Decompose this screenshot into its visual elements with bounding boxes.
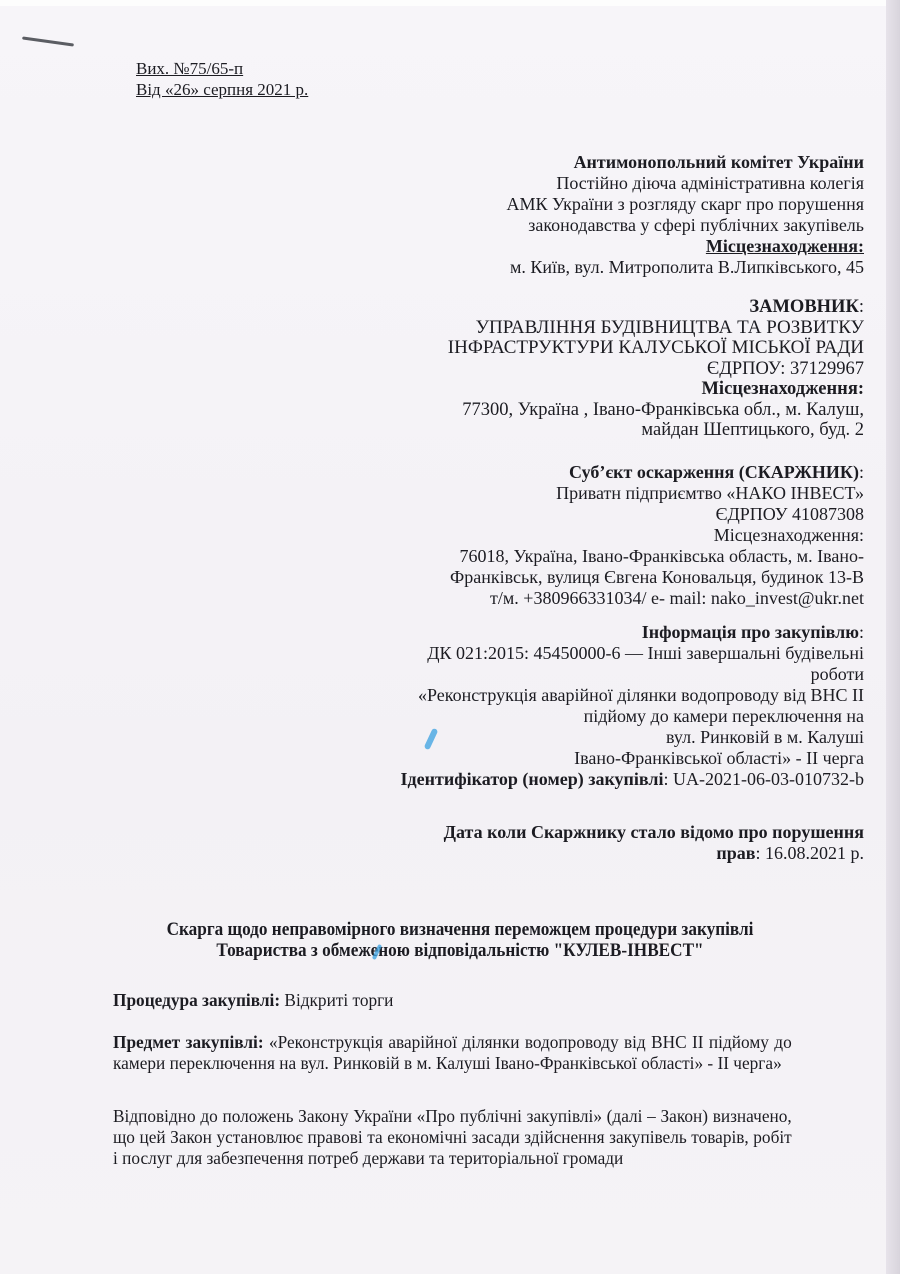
complaint-title-line: Товариства з обмеженою відповідальністю …: [153, 941, 767, 962]
subject-paragraph: Предмет закупівлі: «Реконструкція аварій…: [113, 1032, 792, 1074]
subject-label: Предмет закупівлі:: [113, 1032, 264, 1052]
recipient-body-line: АМК України з розгляду скарг про порушен…: [344, 194, 864, 215]
law-paragraph: Відповідно до положень Закону України «П…: [113, 1106, 792, 1169]
customer-label-suffix: :: [859, 297, 864, 317]
violation-date-label: Дата коли Скаржнику стало відомо про пор…: [304, 822, 864, 843]
complainant-label: Суб’єкт оскарження (СКАРЖНИК): [569, 462, 859, 482]
violation-date-block: Дата коли Скаржнику стало відомо про пор…: [304, 822, 864, 864]
complainant-label-suffix: :: [859, 462, 864, 482]
customer-block: ЗАМОВНИК: УПРАВЛІННЯ БУДІВНИЦТВА ТА РОЗВ…: [344, 297, 864, 441]
customer-location-label: Місцезнаходження:: [344, 379, 864, 400]
recipient-body-line: Постійно діюча адміністративна колегія: [344, 173, 864, 194]
customer-label: ЗАМОВНИК: [749, 297, 859, 317]
reference-block: Вих. №75/65-п Від «26» серпня 2021 р.: [136, 58, 308, 100]
complainant-name: Приватн підприємтво «НАКО ІНВЕСТ»: [304, 483, 864, 504]
complainant-address-line: 76018, Україна, Івано-Франківська област…: [304, 546, 864, 567]
procurement-identifier-value: : UA-2021-06-03-010732-b: [664, 769, 864, 789]
recipient-body-line: законодавства у сфері публічних закупіве…: [344, 215, 864, 236]
procedure-value: Відкриті торги: [280, 990, 393, 1010]
complainant-edrpou: ЄДРПОУ 41087308: [304, 504, 864, 525]
customer-name-line: УПРАВЛІННЯ БУДІВНИЦТВА ТА РОЗВИТКУ: [344, 318, 864, 339]
complaint-title-line: Скарга щодо неправомірного визначення пе…: [153, 920, 767, 941]
procurement-info-label-suffix: :: [859, 622, 864, 642]
procurement-title-line: «Реконструкція аварійної ділянки водопро…: [304, 685, 864, 706]
scan-right-edge: [886, 0, 900, 1274]
recipient-block: Антимонопольний комітет України Постійно…: [344, 152, 864, 278]
complainant-location-label: Місцезнаходження:: [304, 525, 864, 546]
procurement-info-label: Інформація про закупівлю: [642, 622, 859, 642]
customer-edrpou: ЄДРПОУ: 37129967: [344, 359, 864, 380]
complainant-block: Суб’єкт оскарження (СКАРЖНИК): Приватн п…: [304, 462, 864, 609]
procurement-title-line: підйому до камери переключення на: [304, 706, 864, 727]
customer-address-line: 77300, Україна , Івано-Франківська обл.,…: [344, 400, 864, 421]
dk-code-line: ДК 021:2015: 45450000-6 — Інші завершаль…: [304, 643, 864, 664]
reference-date: Від «26» серпня 2021 р.: [136, 79, 308, 100]
violation-date-label-end: прав: [716, 843, 755, 863]
outgoing-number: Вих. №75/65-п: [136, 58, 308, 79]
recipient-name: Антимонопольний комітет України: [344, 152, 864, 173]
procurement-info-block: Інформація про закупівлю: ДК 021:2015: 4…: [304, 622, 864, 790]
procurement-identifier-label: Ідентифікатор (номер) закупівлі: [401, 769, 664, 789]
procedure-label: Процедура закупівлі:: [113, 990, 280, 1010]
customer-name-line: ІНФРАСТРУКТУРИ КАЛУСЬКОЇ МІСЬКОЇ РАДИ: [344, 338, 864, 359]
procedure-line: Процедура закупівлі: Відкриті торги: [113, 990, 792, 1011]
dk-code-line: роботи: [304, 664, 864, 685]
recipient-address: м. Київ, вул. Митрополита В.Липківського…: [344, 257, 864, 278]
complainant-address-line: Франківськ, вулиця Євгена Коновальця, бу…: [304, 567, 864, 588]
customer-address-line: майдан Шептицького, буд. 2: [344, 420, 864, 441]
procurement-title-line: вул. Ринковій в м. Калуші: [304, 727, 864, 748]
complainant-contacts: т/м. +380966331034/ е- mail: nako_invest…: [304, 588, 864, 609]
recipient-location-label: Місцезнаходження:: [344, 236, 864, 257]
violation-date-value: : 16.08.2021 р.: [755, 843, 864, 863]
procurement-title-line: Івано-Франківської області» - ІІ черга: [304, 748, 864, 769]
complaint-title: Скарга щодо неправомірного визначення пе…: [153, 920, 767, 962]
